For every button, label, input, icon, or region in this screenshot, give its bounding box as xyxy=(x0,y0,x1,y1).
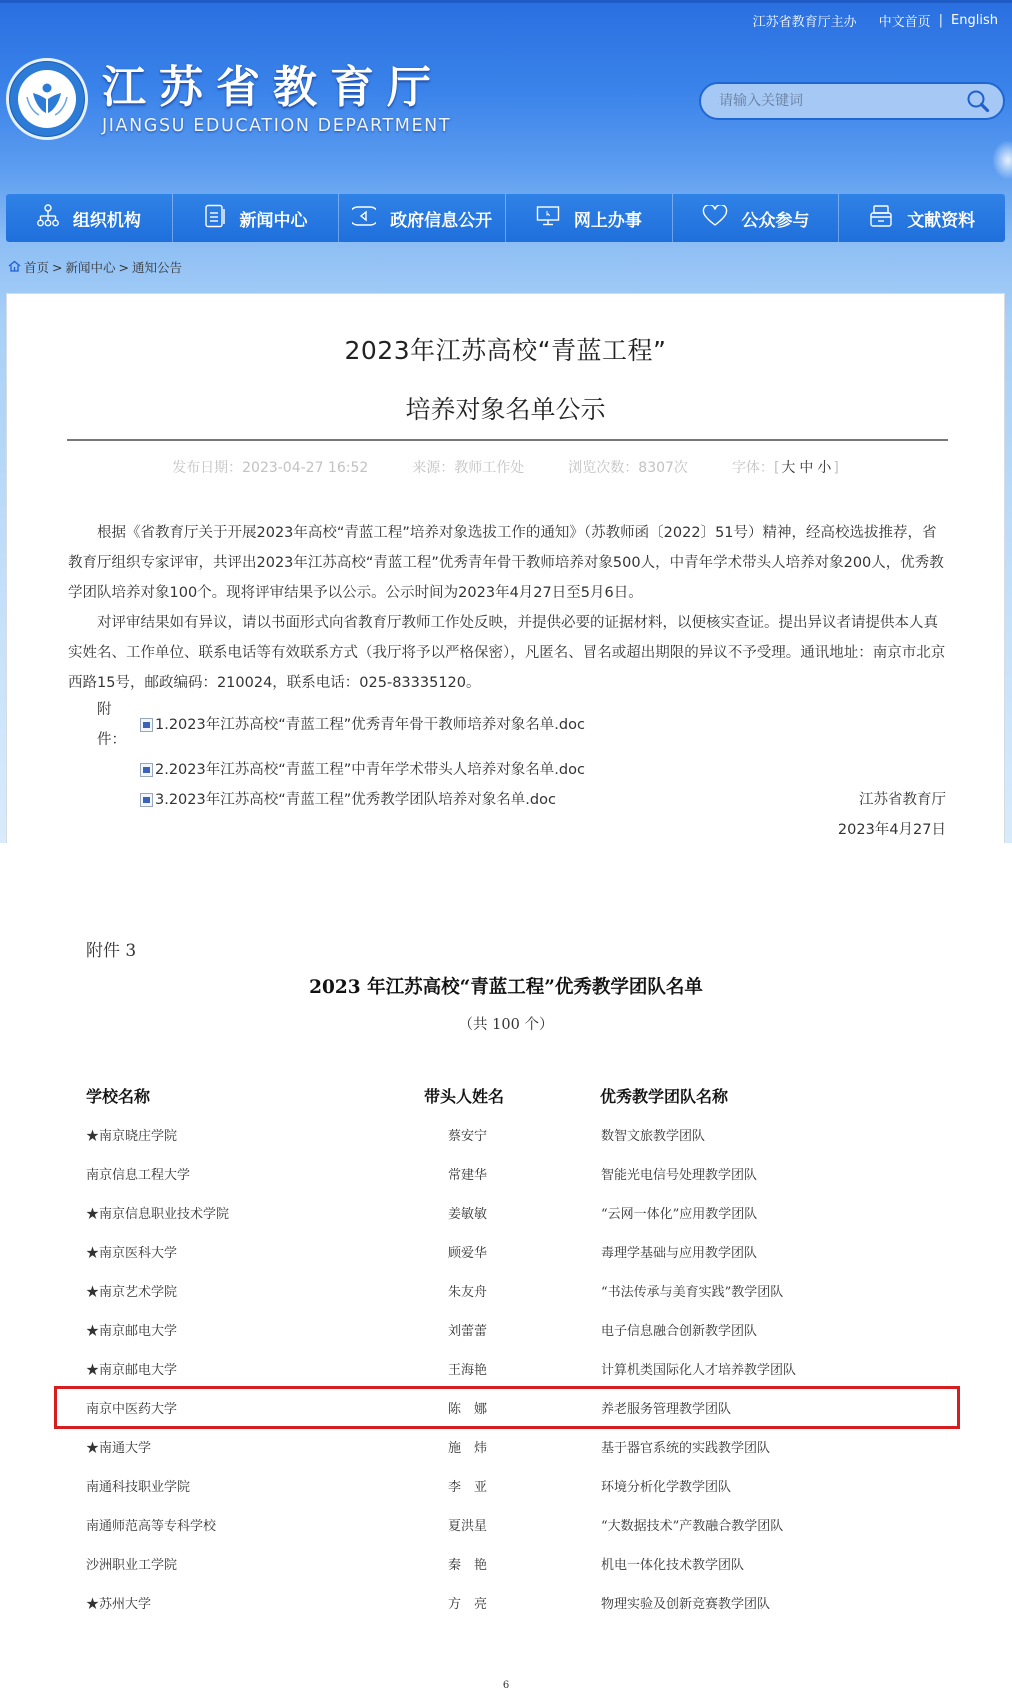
nav-label: 网上办事 xyxy=(574,206,642,231)
article-body: 根据《省教育厅关于开展2023年高校“青蓝工程”培养对象选拔工作的通知》（苏教师… xyxy=(68,518,950,698)
breadcrumb-separator: > xyxy=(52,260,62,275)
link-separator: | xyxy=(939,13,943,28)
highlight-annotation-box xyxy=(54,1386,960,1429)
search-box xyxy=(699,82,1005,120)
chinese-home-link[interactable]: 中文首页 xyxy=(879,11,931,30)
site-header: 江苏省教育厅主办 中文首页 | English 江苏省教育厅 JIANGSU E… xyxy=(0,0,1012,843)
nav-item-public-participation[interactable]: 公众参与 xyxy=(673,194,840,242)
column-header-school: 学校名称 xyxy=(86,1084,150,1107)
nav-item-gov-info[interactable]: 政府信息公开 xyxy=(339,194,506,242)
attachments-label: 附件： xyxy=(97,695,140,755)
article-title-line2: 培养对象名单公示 xyxy=(7,390,1004,426)
nav-item-news-center[interactable]: 新闻中心 xyxy=(173,194,340,242)
nav-item-organization[interactable]: 组织机构 xyxy=(6,194,173,242)
document-title: 2023 年江苏高校“青蓝工程”优秀教学团队名单 xyxy=(0,973,1012,999)
logo-english-name: JIANGSU EDUCATION DEPARTMENT xyxy=(102,116,451,136)
breadcrumb-home[interactable]: 首页 xyxy=(24,258,49,276)
site-logo[interactable]: 江苏省教育厅 JIANGSU EDUCATION DEPARTMENT xyxy=(6,58,451,140)
nav-label: 文献资料 xyxy=(907,206,975,231)
attachments: 附件： 1.2023年江苏高校“青蓝工程”优秀青年骨干教师培养对象名单.doc … xyxy=(97,695,585,815)
paragraph: 根据《省教育厅关于开展2023年高校“青蓝工程”培养对象选拔工作的通知》（苏教师… xyxy=(68,518,950,608)
column-header-leader: 带头人姓名 xyxy=(424,1084,504,1107)
page-number: 6 xyxy=(0,1680,1012,1691)
table-row: ★南京医科大学 顾爱华 毒理学基础与应用教学团队 xyxy=(0,1242,1012,1281)
breadcrumb-news-center[interactable]: 新闻中心 xyxy=(66,258,116,276)
nav-item-documents[interactable]: 文献资料 xyxy=(839,194,1005,242)
signature-date: 2023年4月27日 xyxy=(838,815,946,845)
nav-label: 组织机构 xyxy=(73,206,141,231)
view-count-value: 8307次 xyxy=(638,460,688,476)
paragraph: 对评审结果如有异议，请以书面形式向省教育厅教师工作处反映，并提供必要的证据材料，… xyxy=(68,608,950,698)
play-circle-icon xyxy=(352,204,376,233)
monitor-icon xyxy=(536,205,560,232)
logo-emblem-icon xyxy=(6,58,88,140)
cloud-decoration xyxy=(992,140,1012,180)
attachment-link-2[interactable]: 2.2023年江苏高校“青蓝工程”中青年学术带头人培养对象名单.doc xyxy=(140,755,585,785)
nav-label: 新闻中心 xyxy=(240,206,308,231)
breadcrumb: 首页 > 新闻中心 > 通知公告 xyxy=(8,258,182,276)
table-row: 南京信息工程大学 常建华 智能光电信号处理教学团队 xyxy=(0,1164,1012,1203)
search-input[interactable] xyxy=(719,93,965,109)
publish-date: 发布日期：2023-04-27 16:52 xyxy=(172,457,368,477)
top-links: 江苏省教育厅主办 中文首页 | English xyxy=(753,10,998,30)
table-row: ★南京晓庄学院 蔡安宁 数智文旅教学团队 xyxy=(0,1125,1012,1164)
attachment-number: 附件 3 xyxy=(86,936,136,961)
font-small-button[interactable]: 小 xyxy=(815,460,833,476)
table-row: 南通师范高等专科学校 夏洪星 “大数据技术”产教融合教学团队 xyxy=(0,1515,1012,1554)
font-large-button[interactable]: 大 xyxy=(779,460,797,476)
table-row: ★南京艺术学院 朱友舟 “书法传承与美育实践”教学团队 xyxy=(0,1281,1012,1320)
attachment-document-page: 附件 3 2023 年江苏高校“青蓝工程”优秀教学团队名单 （共 100 个） … xyxy=(0,843,1012,1704)
table-row: 沙洲职业工学院 秦 艳 机电一体化技术教学团队 xyxy=(0,1554,1012,1593)
word-doc-icon xyxy=(140,793,153,807)
word-doc-icon xyxy=(140,763,153,777)
nav-label: 公众参与 xyxy=(742,206,810,231)
home-icon xyxy=(8,260,21,275)
title-divider xyxy=(67,439,948,441)
table-row: ★南京邮电大学 刘蕾蕾 电子信息融合创新教学团队 xyxy=(0,1320,1012,1359)
english-link[interactable]: English xyxy=(951,13,998,28)
heart-icon xyxy=(702,205,728,232)
source: 来源：教师工作处 xyxy=(412,457,524,477)
article-container: 2023年江苏高校“青蓝工程” 培养对象名单公示 发布日期：2023-04-27… xyxy=(6,293,1005,843)
publish-date-value: 2023-04-27 16:52 xyxy=(242,460,368,476)
article-meta: 发布日期：2023-04-27 16:52 来源：教师工作处 浏览次数：8307… xyxy=(7,457,1004,477)
attachment-link-3[interactable]: 3.2023年江苏高校“青蓝工程”优秀教学团队培养对象名单.doc xyxy=(140,785,556,815)
source-value: 教师工作处 xyxy=(454,460,524,476)
breadcrumb-notices[interactable]: 通知公告 xyxy=(132,258,182,276)
signature-block: 江苏省教育厅 2023年4月27日 xyxy=(838,785,946,845)
signature-org: 江苏省教育厅 xyxy=(838,785,946,815)
top-strip xyxy=(0,0,1012,3)
attachment-link-1[interactable]: 1.2023年江苏高校“青蓝工程”优秀青年骨干教师培养对象名单.doc xyxy=(140,710,585,740)
article-title-line1: 2023年江苏高校“青蓝工程” xyxy=(7,331,1004,367)
table-row: 南通科技职业学院 李 亚 环境分析化学教学团队 xyxy=(0,1476,1012,1515)
nav-item-online-services[interactable]: 网上办事 xyxy=(506,194,673,242)
font-size-control: 字体：[大中小] xyxy=(732,457,839,477)
view-count: 浏览次数：8307次 xyxy=(568,457,688,477)
table-row: ★南京信息职业技术学院 姜敏敏 “云网一体化”应用教学团队 xyxy=(0,1203,1012,1242)
breadcrumb-separator: > xyxy=(119,260,129,275)
table-row: ★苏州大学 方 亮 物理实验及创新竞赛教学团队 xyxy=(0,1593,1012,1632)
table-row: ★南通大学 施 炜 基于器官系统的实践教学团队 xyxy=(0,1437,1012,1476)
document-icon xyxy=(204,204,226,233)
nav-label: 政府信息公开 xyxy=(390,206,492,231)
host-label: 江苏省教育厅主办 xyxy=(753,11,857,30)
main-nav: 组织机构 新闻中心 政府信息公开 xyxy=(6,194,1005,242)
word-doc-icon xyxy=(140,718,153,732)
column-header-team: 优秀教学团队名称 xyxy=(600,1084,728,1107)
font-medium-button[interactable]: 中 xyxy=(797,460,815,476)
logo-chinese-name: 江苏省教育厅 xyxy=(102,62,451,114)
search-icon[interactable] xyxy=(965,88,991,114)
org-chart-icon xyxy=(37,204,59,233)
archive-icon xyxy=(869,204,893,233)
document-count: （共 100 个） xyxy=(0,1013,1012,1034)
